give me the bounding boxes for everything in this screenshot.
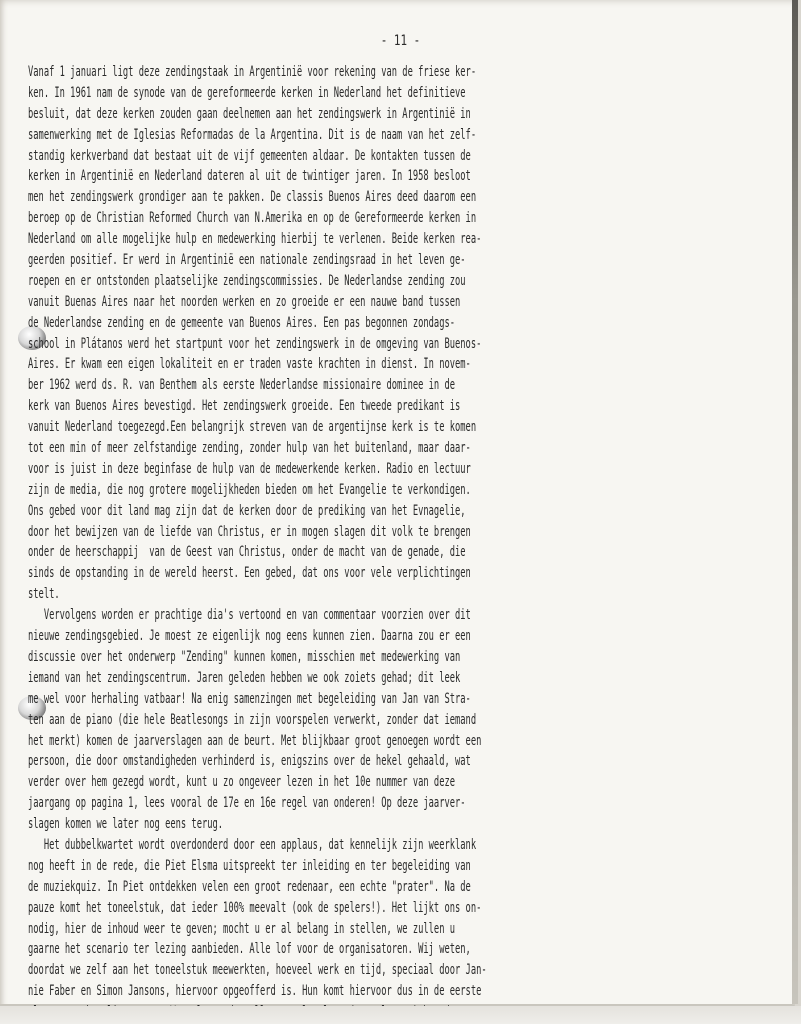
text-line: vanuit Nederland toegezegd.Een belangrij… xyxy=(28,417,772,438)
text-line: ten aan de piano (die hele Beatlesongs i… xyxy=(28,710,772,731)
text-line: tot een min of meer zelfstandige zending… xyxy=(28,438,772,459)
text-line: roepen en er ontstonden plaatselijke zen… xyxy=(28,271,772,292)
text-line: me wel voor herhaling vatbaar! Na enig s… xyxy=(28,689,772,710)
text-line: de muziekquiz. In Piet ontdekken velen e… xyxy=(28,877,772,898)
text-line: gaarne het scenario ter lezing aanbieden… xyxy=(28,939,772,960)
text-line: nog heeft in de rede, die Piet Elsma uit… xyxy=(28,856,772,877)
text-line: Vervolgens worden er prachtige dia's ver… xyxy=(28,605,772,626)
text-line: geerden positief. Er werd in Argentinië … xyxy=(28,250,772,271)
text-line: kerken in Argentinië en Nederland datere… xyxy=(28,166,772,187)
text-line: verder over hem gezegd wordt, kunt u zo … xyxy=(28,772,772,793)
text-line: men het zendingswerk grondiger aan te pa… xyxy=(28,187,772,208)
text-line: voor is juist in deze beginfase de hulp … xyxy=(28,459,772,480)
text-line: nodig, hier de inhoud weer te geven; moc… xyxy=(28,919,772,940)
text-line: standig kerkverband dat bestaat uit de v… xyxy=(28,146,772,167)
text-line: iemand van het zendingscentrum. Jaren ge… xyxy=(28,668,772,689)
body-text: Vanaf 1 januari ligt deze zendingstaak i… xyxy=(28,62,768,1023)
text-line: nieuwe zendingsgebied. Je moest ze eigen… xyxy=(28,626,772,647)
text-line: onder de heerschappij van de Geest van C… xyxy=(28,542,772,563)
text-line: persoon, die door omstandigheden verhind… xyxy=(28,751,772,772)
text-line: beroep op de Christian Reformed Church v… xyxy=(28,208,772,229)
text-line: zijn de media, die nog grotere mogelijkh… xyxy=(28,480,772,501)
text-line: besluit, dat deze kerken zouden gaan dee… xyxy=(28,104,772,125)
text-line: het merkt) komen de jaarverslagen aan de… xyxy=(28,731,772,752)
text-line: Nederland om alle mogelijke hulp en mede… xyxy=(28,229,772,250)
text-line: Aires. Er kwam een eigen lokaliteit en e… xyxy=(28,354,772,375)
text-line: samenwerking met de Iglesias Reformadas … xyxy=(28,125,772,146)
text-line: Ons gebed voor dit land mag zijn dat de … xyxy=(28,501,772,522)
text-line: stelt. xyxy=(28,584,772,605)
text-line: discussie over het onderwerp "Zending" k… xyxy=(28,647,772,668)
text-line: doordat we zelf aan het toneelstuk meewe… xyxy=(28,960,772,981)
text-line: slagen komen we later nog eens terug. xyxy=(28,814,772,835)
text-line: Vanaf 1 januari ligt deze zendingstaak i… xyxy=(28,62,772,83)
text-line: school in Plátanos werd het startpunt vo… xyxy=(28,334,772,355)
text-line: nie Faber en Simon Jansons, hiervoor opg… xyxy=(28,981,772,1002)
text-line: door het bewijzen van de liefde van Chri… xyxy=(28,522,772,543)
text-line: kerk van Buenos Aires bevestigd. Het zen… xyxy=(28,396,772,417)
text-line: ber 1962 werd ds. R. van Benthem als eer… xyxy=(28,375,772,396)
text-line: sinds de opstanding in de wereld heerst.… xyxy=(28,563,772,584)
text-line: vanuit Buenas Aires naar het noorden wer… xyxy=(28,292,772,313)
text-line: de Nederlandse zending en de gemeente va… xyxy=(28,313,772,334)
next-page-edge xyxy=(0,1006,801,1024)
document-page: - 11 - Vanaf 1 januari ligt deze zending… xyxy=(0,0,795,1006)
text-line: Het dubbelkwartet wordt overdonderd door… xyxy=(28,835,772,856)
text-line: jaargang op pagina 1, lees vooral de 17e… xyxy=(28,793,772,814)
page-number: - 11 - xyxy=(88,33,713,49)
text-line: pauze komt het toneelstuk, dat ieder 100… xyxy=(28,898,772,919)
text-line: ken. In 1961 nam de synode van de gerefo… xyxy=(28,83,772,104)
